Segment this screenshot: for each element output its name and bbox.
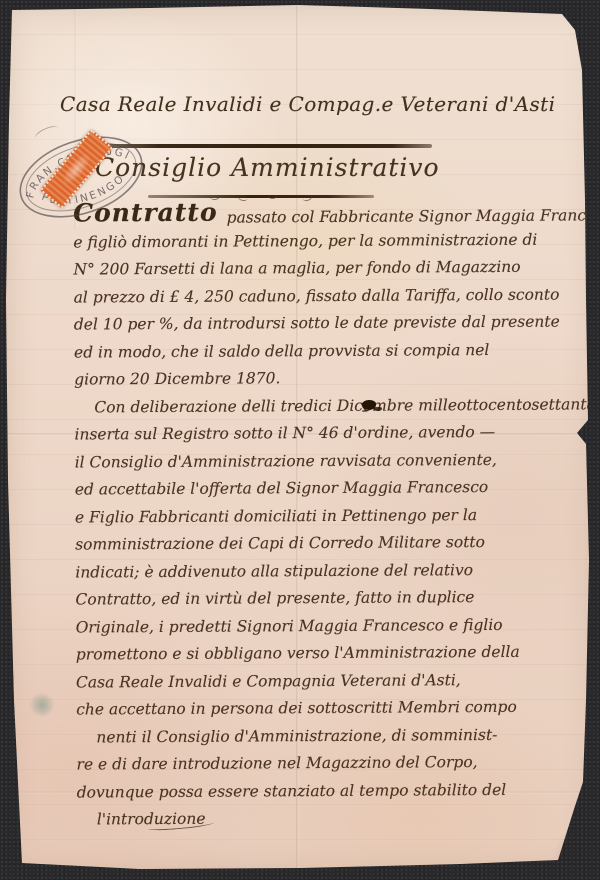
manuscript-line: Con deliberazione delli tredici Dicembre… [74, 391, 569, 422]
manuscript-line: re e di dare introduzione nel Magazzino … [76, 748, 571, 779]
manuscript-line: giorno 20 Dicembre 1870. [74, 363, 569, 394]
manuscript-line: al prezzo di £ 4, 250 caduno, fissato da… [74, 281, 569, 312]
manuscript-line: del 10 per %, da introdursi sotto le dat… [74, 308, 569, 339]
title-underline-rule [100, 144, 432, 148]
manuscript-body: Contrattopassato col Fabbricante Signor … [73, 198, 572, 834]
manuscript-line: inserta sul Registro sotto il N° 46 d'or… [74, 418, 569, 449]
manuscript-line: il Consiglio d'Amministrazione ravvisata… [75, 446, 570, 477]
manuscript-line: e Figlio Fabbricanti domiciliati in Pett… [75, 501, 570, 532]
document-title: Casa Reale Invalidi e Compag.e Veterani … [60, 92, 540, 116]
manuscript-line: N° 200 Farsetti di lana a maglia, per fo… [73, 253, 568, 284]
manuscript-line-text: passato col Fabbricante Signor Maggia Fr… [227, 206, 600, 226]
manuscript-line: promettono e si obbligano verso l'Ammini… [76, 638, 571, 669]
corner-aging-shadow [534, 800, 594, 870]
manuscript-line: ed in modo, che il saldo della provvista… [74, 336, 569, 367]
manuscript-line: Contrattopassato col Fabbricante Signor … [73, 198, 568, 229]
manuscript-line: dovunque possa essere stanziato al tempo… [77, 776, 572, 807]
manuscript-line: che accettano in persona dei sottoscritt… [76, 693, 571, 724]
photo-background: Casa Reale Invalidi e Compag.e Veterani … [0, 0, 600, 880]
manuscript-line: nenti il Consiglio d'Amministrazione, di… [76, 721, 571, 752]
manuscript-line: Contratto, ed in virtù del presente, fat… [75, 583, 570, 614]
pencil-squiggle [6, 675, 22, 710]
manuscript-line: Casa Reale Invalidi e Compagnia Veterani… [76, 666, 571, 697]
manuscript-line: somministrazione dei Capi di Corredo Mil… [75, 528, 570, 559]
manuscript-line: ed accettabile l'offerta del Signor Magg… [75, 473, 570, 504]
manuscript-line: Originale, i predetti Signori Maggia Fra… [76, 611, 571, 642]
manuscript-line: indicati; è addivenuto alla stipulazione… [75, 556, 570, 587]
teal-smudge-stain [30, 694, 54, 716]
manuscript-line: e figliò dimoranti in Pettinengo, per la… [73, 226, 568, 257]
document-paper: Casa Reale Invalidi e Compag.e Veterani … [0, 0, 600, 880]
